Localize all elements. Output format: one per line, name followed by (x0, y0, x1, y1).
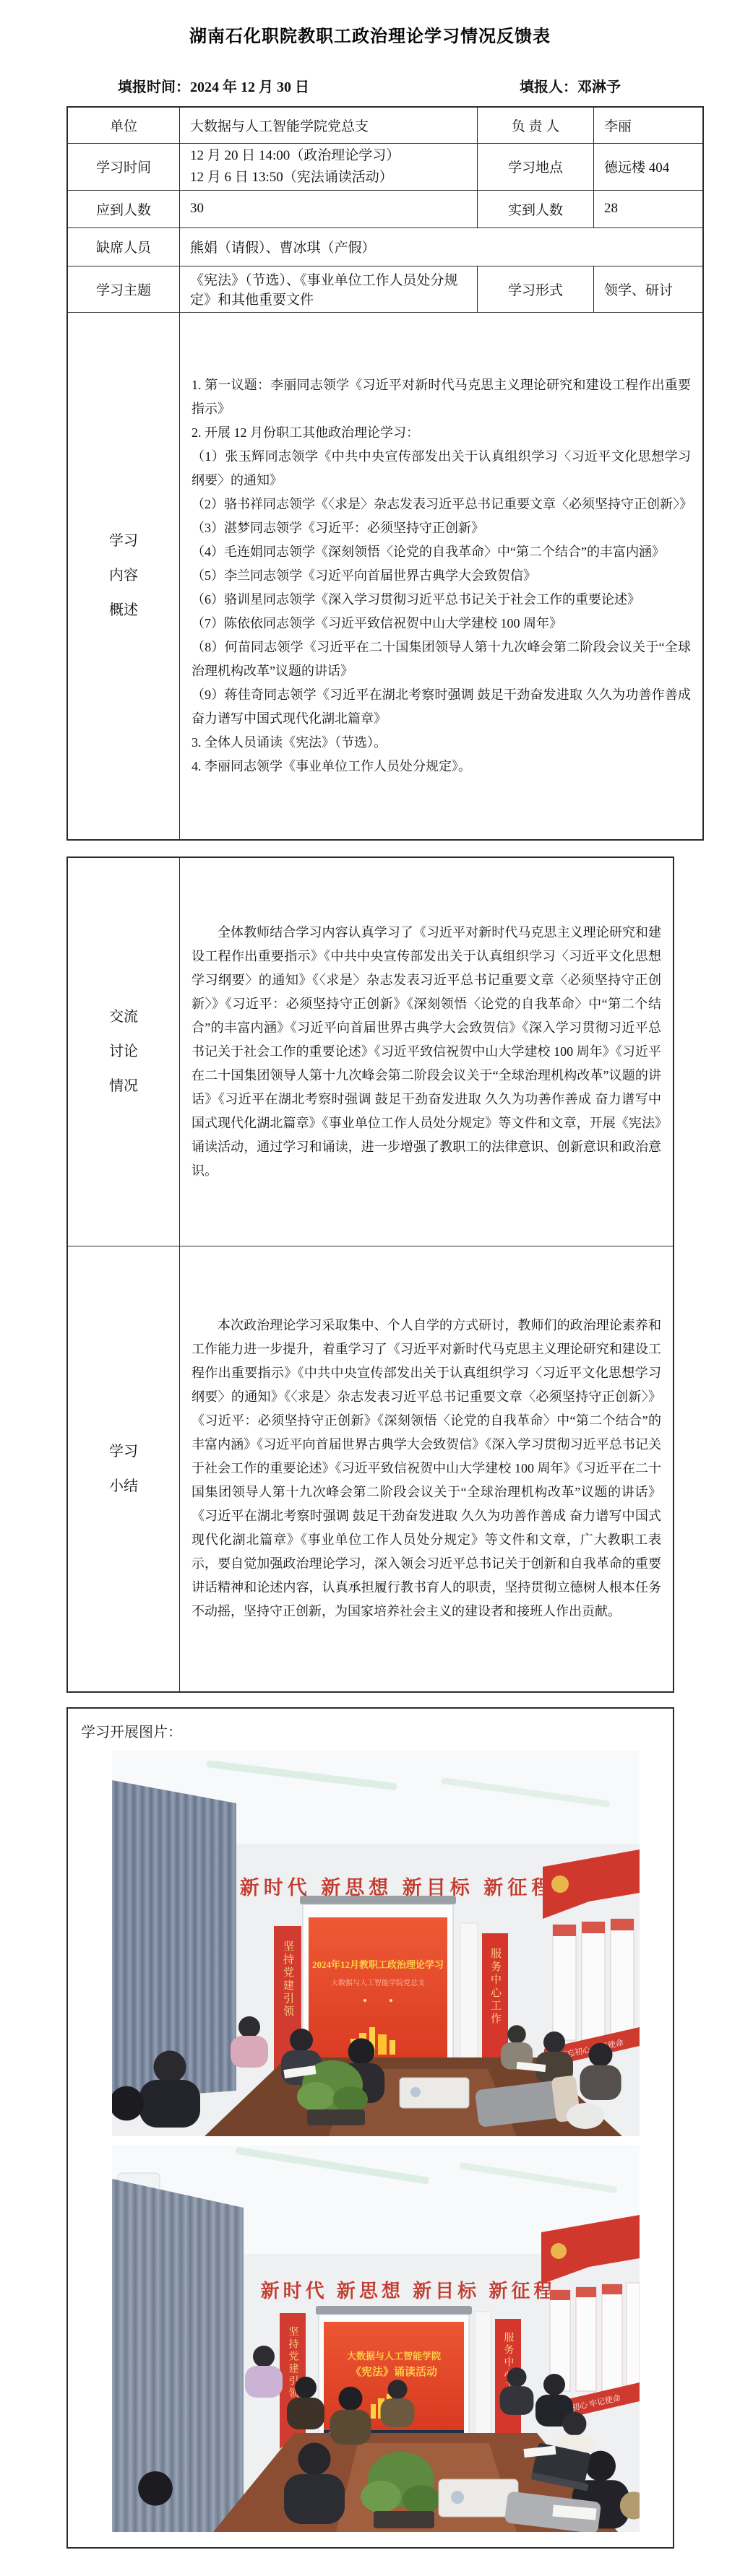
projector-device (400, 2078, 469, 2108)
discussion-text: 全体教师结合学习内容认真学习了《习近平对新时代马克思主义理论研究和建设工程作出重… (192, 921, 661, 1183)
discussion-summary-table: 交流讨论情况 全体教师结合学习内容认真学习了《习近平对新时代马克思主义理论研究和… (66, 857, 674, 1693)
party-emblem (551, 1875, 569, 1893)
overview-item: （2）骆书祥同志领学《〈求是〉杂志发表习近平总书记重要文章〈必须坚持守正创新〉》 (192, 493, 691, 516)
actual-label: 实到人数 (478, 190, 594, 227)
overview-item: （1）张玉辉同志领学《中共中央宣传部发出关于认真组织学习〈习近平文化思想学习纲要… (192, 445, 691, 493)
photos-cell: 学习开展图片： (67, 1708, 674, 2548)
absent-value: 熊娟（请假）、曹冰琪（产假） (180, 227, 704, 266)
expected-value: 30 (180, 190, 478, 227)
summary-label: 学习小结 (67, 1246, 180, 1692)
slide-title: 大数据与人工智能学院 (347, 2351, 441, 2362)
right-banner-text: 服务中心工作 (489, 1948, 502, 2026)
overview-content: 1. 第一议题：李丽同志领学《习近平对新时代马克思主义理论研究和建设工程作出重要… (180, 312, 704, 840)
reporter: 填报人：邓淋予 (520, 75, 621, 96)
party-emblem (551, 2243, 567, 2259)
overview-item: 2. 开展 12 月份职工其他政治理论学习： (192, 421, 691, 445)
row-attendance: 应到人数 30 实到人数 28 (67, 190, 703, 227)
overview-item: （7）陈依依同志领学《习近平致信祝贺中山大学建校 100 周年》 (192, 612, 691, 636)
wall-slogan: 新时代 新思想 新目标 新征程 (240, 1876, 556, 1899)
overview-item: （8）何苗同志领学《习近平在二十国集团领导人第十九次峰会第二阶段会议关于“全球治… (192, 636, 691, 683)
reporter-label: 填报人： (520, 79, 577, 95)
slide-title: 2024年12月教职工政治理论学习 (312, 1959, 444, 1970)
slide-subtitle: 《宪法》诵读活动 (350, 2365, 437, 2378)
row-summary: 学习小结 本次政治理论学习采取集中、个人自学的方式研讨，教师们的政治理论素养和工… (67, 1246, 674, 1692)
photos-section-label: 学习开展图片： (68, 1717, 673, 1751)
curtain (112, 2179, 244, 2532)
overview-item: 4. 李丽同志领学《事业单位工作人员处分规定》。 (192, 755, 691, 779)
plastic-bag (567, 2103, 604, 2129)
study-time-label: 学习时间 (67, 143, 180, 190)
report-time-label: 填报时间： (118, 79, 190, 95)
overview-item: 3. 全体人员诵读《宪法》（节选）。 (192, 731, 691, 755)
study-time-line1: 12 月 20 日 14:00（政治理论学习） (190, 145, 473, 167)
overview-item: （6）骆训星同志领学《深入学习贯彻习近平总书记关于社会工作的重要论述》 (192, 588, 691, 612)
row-absent: 缺席人员 熊娟（请假）、曹冰琪（产假） (67, 227, 703, 266)
overview-label: 学习内容概述 (67, 312, 180, 840)
document-page: 湖南石化职院教职工政治理论学习情况反馈表 填报时间：2024 年 12 月 30… (0, 0, 740, 2549)
row-discussion: 交流讨论情况 全体教师结合学习内容认真学习了《习近平对新时代马克思主义理论研究和… (67, 857, 674, 1246)
discussion-label-text: 交流讨论情况 (108, 999, 139, 1103)
row-study-time: 学习时间 12 月 20 日 14:00（政治理论学习） 12 月 6 日 13… (67, 143, 703, 190)
screen-housing (300, 1896, 456, 1904)
form-value: 领学、研讨 (594, 266, 704, 312)
study-place-label: 学习地点 (478, 143, 594, 190)
photo-political-study: 新时代 新思想 新目标 新征程 坚持党建引领 2024年12月教职工政治理论学习… (112, 1751, 640, 2136)
row-photos: 学习开展图片： (67, 1708, 674, 2548)
reporter-value: 邓淋予 (577, 79, 621, 95)
summary-label-text: 学习小结 (108, 1434, 139, 1504)
report-time: 填报时间：2024 年 12 月 30 日 (118, 75, 309, 96)
form-sheet: 单位 大数据与人工智能学院党总支 负 责 人 李丽 学习时间 12 月 20 日… (66, 106, 674, 2549)
actual-value: 28 (594, 190, 704, 227)
discussion-content: 全体教师结合学习内容认真学习了《习近平对新时代马克思主义理论研究和建设工程作出重… (180, 857, 674, 1246)
wall-slogan: 新时代 新思想 新目标 新征程 (261, 2280, 556, 2302)
row-overview: 学习内容概述 1. 第一议题：李丽同志领学《习近平对新时代马克思主义理论研究和建… (67, 312, 703, 840)
study-time-value: 12 月 20 日 14:00（政治理论学习） 12 月 6 日 13:50（宪… (180, 143, 478, 190)
topic-label: 学习主题 (67, 266, 180, 312)
summary-text: 本次政治理论学习采取集中、个人自学的方式研讨，教师们的政治理论素养和工作能力进一… (192, 1314, 661, 1623)
row-unit: 单位 大数据与人工智能学院党总支 负 责 人 李丽 (67, 107, 703, 143)
summary-content: 本次政治理论学习采取集中、个人自学的方式研讨，教师们的政治理论素养和工作能力进一… (180, 1246, 674, 1692)
expected-label: 应到人数 (67, 190, 180, 227)
person (138, 2471, 173, 2506)
overview-label-text: 学习内容概述 (108, 524, 139, 628)
photo-constitution-reading: 新时代 新思想 新目标 新征程 坚持党建引领 大数据与人工智能学院 《宪法》诵读… (112, 2146, 640, 2532)
row-topic: 学习主题 《宪法》（节选）、《事业单位工作人员处分规定》和其他重要文件 学习形式… (67, 266, 703, 312)
form-label: 学习形式 (478, 266, 594, 312)
leader-value: 李丽 (594, 107, 704, 143)
leader-label: 负 责 人 (478, 107, 594, 143)
wall-posters (553, 1919, 634, 2040)
photos-table: 学习开展图片： (66, 1707, 674, 2549)
report-time-value: 2024 年 12 月 30 日 (190, 79, 309, 95)
overview-item: （9）蒋佳奇同志领学《习近平在湖北考察时强调 鼓足干劲奋发进取 久久为功善作善成… (192, 683, 691, 731)
slide-dot (363, 1999, 366, 2002)
left-banner-text: 坚持党建引领 (282, 1940, 294, 2018)
slide-subtitle: 大数据与人工智能学院党总支 (331, 1978, 425, 1987)
info-table: 单位 大数据与人工智能学院党总支 负 责 人 李丽 学习时间 12 月 20 日… (66, 106, 704, 841)
screen-housing (316, 2306, 472, 2315)
discussion-label: 交流讨论情况 (67, 857, 180, 1246)
absent-label: 缺席人员 (67, 227, 180, 266)
slide-dot (390, 1999, 392, 2002)
topic-value: 《宪法》（节选）、《事业单位工作人员处分规定》和其他重要文件 (180, 266, 478, 312)
study-place-value: 德远楼 404 (594, 143, 704, 190)
photo1-scene: 新时代 新思想 新目标 新征程 坚持党建引领 2024年12月教职工政治理论学习… (112, 1751, 640, 2136)
overview-item: 1. 第一议题：李丽同志领学《习近平对新时代马克思主义理论研究和建设工程作出重要… (192, 373, 691, 421)
meta-row: 填报时间：2024 年 12 月 30 日 填报人：邓淋予 (67, 75, 673, 96)
page-title: 湖南石化职院教职工政治理论学习情况反馈表 (0, 0, 740, 51)
photo2-scene: 新时代 新思想 新目标 新征程 坚持党建引领 大数据与人工智能学院 《宪法》诵读… (112, 2146, 640, 2532)
overview-item: （4）毛连娟同志领学《深刻领悟〈论党的自我革命〉中“第二个结合”的丰富内涵》 (192, 540, 691, 564)
unit-label: 单位 (67, 107, 180, 143)
overview-item: （3）湛梦同志领学《习近平：必须坚持守正创新》 (192, 516, 691, 540)
study-time-line2: 12 月 6 日 13:50（宪法诵读活动） (190, 167, 473, 188)
overview-item: （5）李兰同志领学《习近平向首届世界古典学大会致贺信》 (192, 564, 691, 588)
unit-value: 大数据与人工智能学院党总支 (180, 107, 478, 143)
